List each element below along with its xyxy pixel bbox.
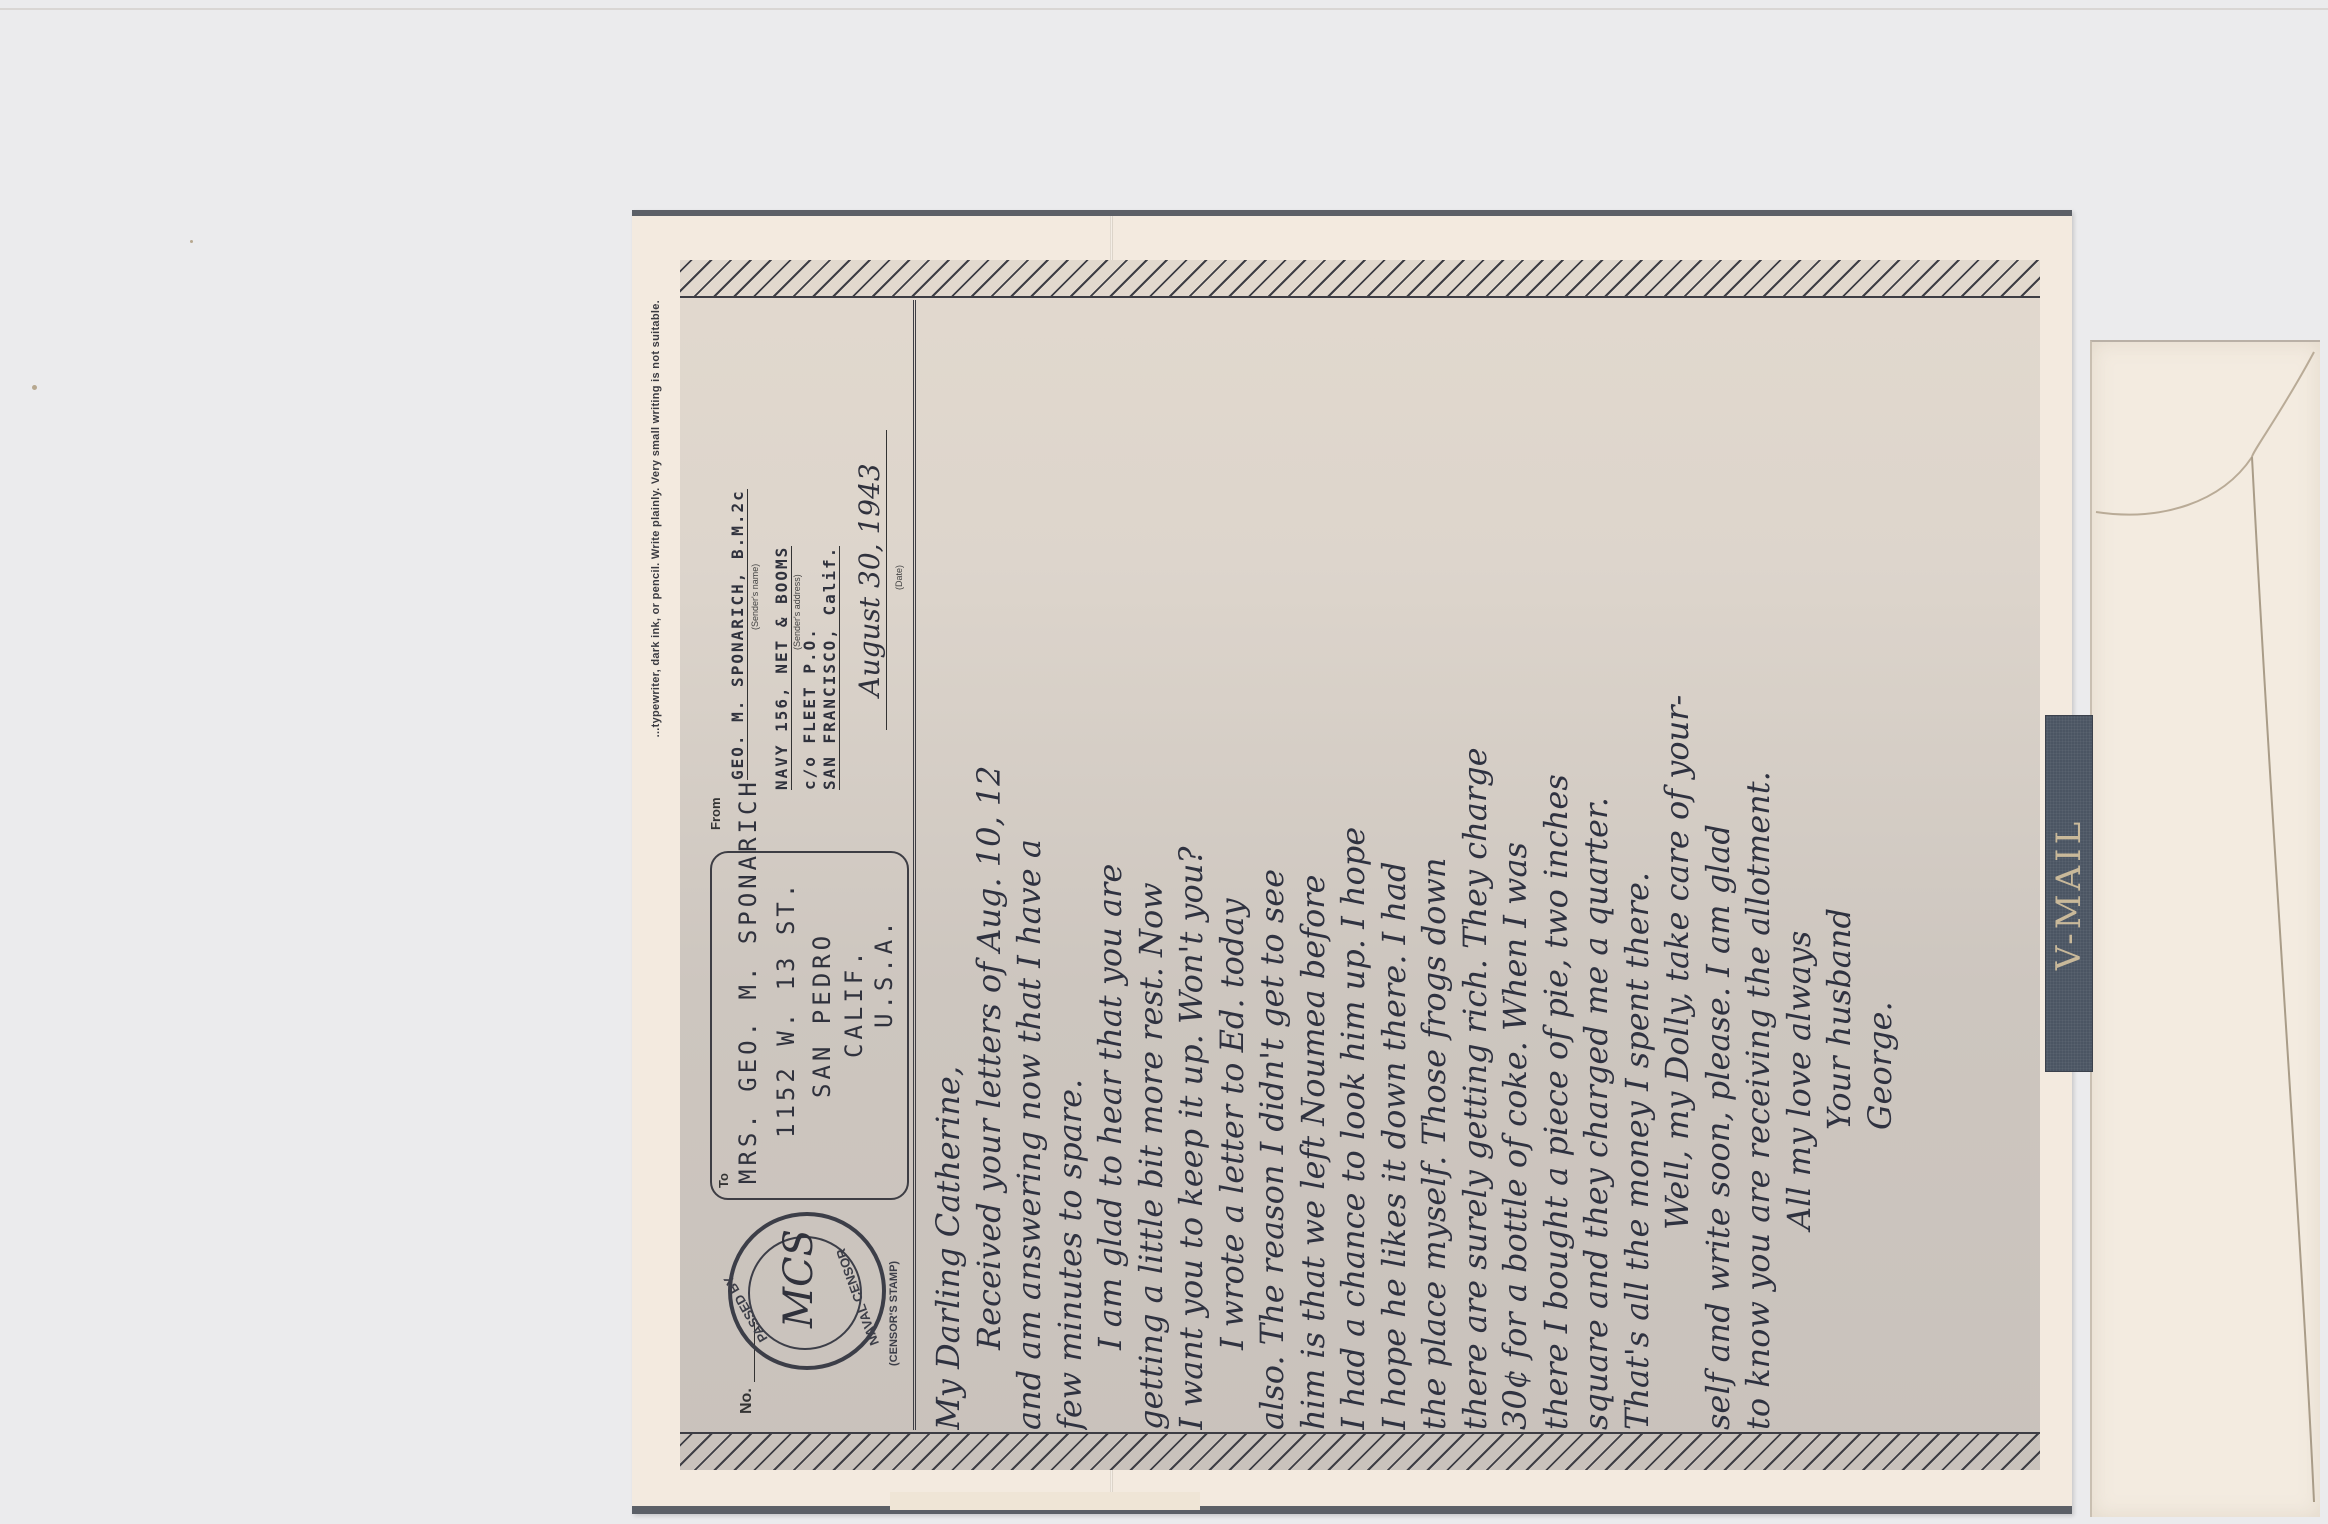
letter-body: My Darling Catherine, Received your lett…: [928, 300, 1900, 1430]
body-line: I wrote a letter to Ed. today: [1212, 300, 1253, 1430]
body-line: the place myself. Those frogs down: [1414, 300, 1455, 1430]
hatched-border-left: [680, 1432, 2040, 1470]
envelope-flap-lines: [2092, 342, 2320, 1517]
closing-relation: Your husband: [1819, 300, 1860, 1430]
recipient-street: 1152 W. 13 ST.: [772, 880, 800, 1138]
v-mail-label: V-MAIL: [2045, 715, 2093, 1072]
recipient-city: SAN PEDRO: [808, 932, 836, 1098]
scan-edge: [0, 8, 2328, 10]
dust-speck: [190, 240, 193, 243]
closing: All my love always: [1779, 300, 1820, 1430]
body-line: I had a chance to look him up. I hope: [1333, 300, 1374, 1430]
censor-initials: MCS: [776, 1229, 822, 1328]
body-line: and am answering now that I have a: [1009, 300, 1050, 1430]
recipient-state: CALIF.: [840, 947, 868, 1058]
dust-speck: [32, 385, 37, 390]
body-line: there are surely getting rich. They char…: [1455, 300, 1496, 1430]
censor-stamp-caption: (CENSOR'S STAMP): [888, 1261, 900, 1366]
body-line: I hope he likes it down there. I had: [1374, 300, 1415, 1430]
form-background: No. PASSED BY MCS NAVAL CENSOR (CENSOR'S…: [680, 260, 2040, 1470]
v-mail-envelope: [2090, 340, 2320, 1517]
sender-address-1: NAVY 156, NET & BOOMS: [772, 546, 792, 790]
recipient-name: MRS. GEO. M. SPONARICH: [734, 778, 762, 1184]
sender-address-2: c/o FLEET P.O.: [800, 627, 819, 790]
form-header: No. PASSED BY MCS NAVAL CENSOR (CENSOR'S…: [688, 300, 916, 1430]
recipient-country: U.S.A.: [870, 917, 898, 1028]
body-line: Well, my Dolly, take care of your-: [1657, 300, 1698, 1430]
sender-name-caption: (Sender's name): [750, 564, 760, 630]
body-line: square and they charged me a quarter.: [1576, 300, 1617, 1430]
recipient-address-box: To MRS. GEO. M. SPONARICH 1152 W. 13 ST.…: [710, 851, 909, 1200]
body-line: also. The reason I didn't get to see: [1252, 300, 1293, 1430]
censor-stamp: PASSED BY MCS NAVAL CENSOR: [728, 1212, 886, 1370]
paper-tab: [890, 1492, 1200, 1510]
body-line: 30¢ for a bottle of coke. When I was: [1495, 300, 1536, 1430]
v-mail-text: V-MAIL: [2049, 817, 2089, 969]
from-label: From: [708, 798, 723, 831]
to-label: To: [716, 1173, 731, 1188]
salutation: My Darling Catherine,: [928, 300, 969, 1430]
sender-address-3: SAN FRANCISCO, Calif.: [820, 546, 840, 790]
body-line: I want you to keep it up. Won't you?: [1171, 300, 1212, 1430]
v-mail-form: No. PASSED BY MCS NAVAL CENSOR (CENSOR'S…: [680, 260, 2040, 1470]
letter-date: August 30, 1943: [853, 430, 887, 730]
date-caption: (Date): [894, 565, 904, 590]
body-line: few minutes to spare.: [1050, 300, 1091, 1430]
form-instructions: ...typewriter, dark ink, or pencil. Writ…: [650, 300, 662, 1430]
body-line: there I bought a piece of pie, two inche…: [1536, 300, 1577, 1430]
body-line: self and write soon, please. I am glad: [1698, 300, 1739, 1430]
body-line: I am glad to hear that you are: [1090, 300, 1131, 1430]
body-line: him is that we left Noumea before: [1293, 300, 1334, 1430]
hatched-border-right: [680, 260, 2040, 298]
sender-name: GEO. M. SPONARICH, B.M.2c: [728, 489, 748, 780]
signature: George.: [1860, 300, 1901, 1430]
body-line: to know you are receiving the allotment.: [1738, 300, 1779, 1430]
body-line: That's all the money I spent there.: [1617, 300, 1658, 1430]
number-label: No.: [738, 1388, 756, 1414]
body-line: Received your letters of Aug. 10, 12: [969, 300, 1010, 1430]
body-line: getting a little bit more rest. Now: [1131, 300, 1172, 1430]
